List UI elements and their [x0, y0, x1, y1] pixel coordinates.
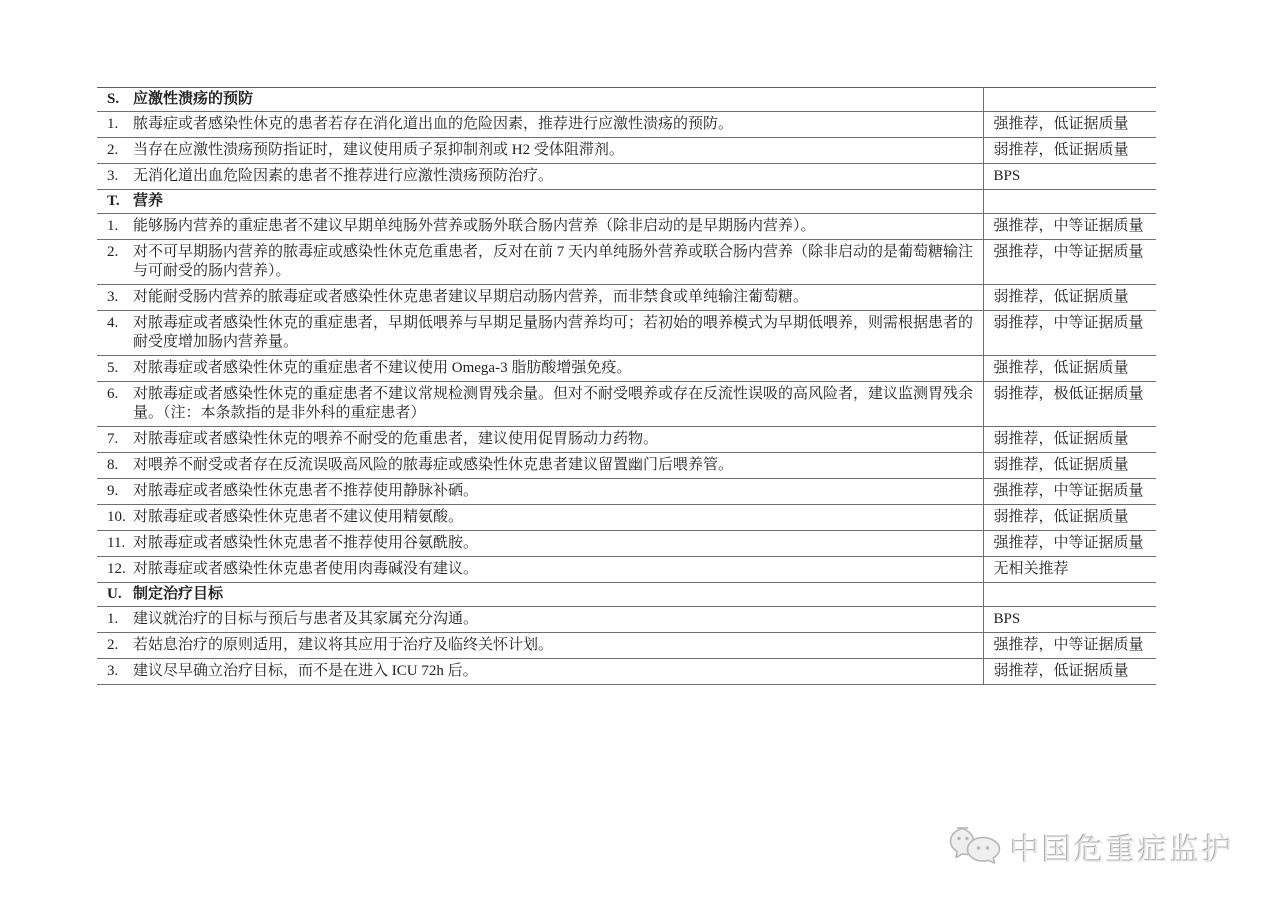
footer-logo-text: 中国危重症监护: [1010, 825, 1234, 869]
grade-cell: 弱推荐，低证据质量: [983, 138, 1156, 164]
table-body: S.应激性溃疡的预防1.脓毒症或者感染性休克的患者若存在消化道出血的危险因素，推…: [97, 88, 1156, 685]
section-header-row: T.营养: [97, 190, 1156, 214]
grade-cell: 强推荐，中等证据质量: [983, 531, 1156, 557]
row-text: 应激性溃疡的预防: [133, 90, 975, 109]
table-row: 6.对脓毒症或者感染性休克的重症患者不建议常规检测胃残余量。但对不耐受喂养或存在…: [97, 382, 1156, 427]
row-number: 8.: [107, 456, 133, 475]
row-content: 2.对不可早期肠内营养的脓毒症或感染性休克危重患者，反对在前 7 天内单纯肠外营…: [107, 243, 975, 281]
row-text: 对脓毒症或者感染性休克患者不推荐使用静脉补硒。: [133, 482, 975, 501]
recommendations-table: S.应激性溃疡的预防1.脓毒症或者感染性休克的患者若存在消化道出血的危险因素，推…: [97, 87, 1156, 685]
row-content: 3.无消化道出血危险因素的患者不推荐进行应激性溃疡预防治疗。: [107, 167, 975, 186]
grade-cell: 弱推荐，低证据质量: [983, 285, 1156, 311]
row-number: 4.: [107, 314, 133, 352]
row-content: 2.当存在应激性溃疡预防指证时，建议使用质子泵抑制剂或 H2 受体阻滞剂。: [107, 141, 975, 160]
row-content: 2.若姑息治疗的原则适用，建议将其应用于治疗及临终关怀计划。: [107, 636, 975, 655]
row-number: 2.: [107, 141, 133, 160]
row-number: 10.: [107, 508, 133, 527]
grade-cell: 强推荐，低证据质量: [983, 112, 1156, 138]
table-row: 1.脓毒症或者感染性休克的患者若存在消化道出血的危险因素，推荐进行应激性溃疡的预…: [97, 112, 1156, 138]
section-header-row: U.制定治疗目标: [97, 583, 1156, 607]
recommendation-text-cell: 1.建议就治疗的目标与预后与患者及其家属充分沟通。: [97, 607, 983, 633]
grade-cell: 弱推荐，低证据质量: [983, 505, 1156, 531]
recommendation-text-cell: 6.对脓毒症或者感染性休克的重症患者不建议常规检测胃残余量。但对不耐受喂养或存在…: [97, 382, 983, 427]
row-number: 1.: [107, 115, 133, 134]
row-content: 12.对脓毒症或者感染性休克患者使用肉毒碱没有建议。: [107, 560, 975, 579]
recommendation-text-cell: 2.当存在应激性溃疡预防指证时，建议使用质子泵抑制剂或 H2 受体阻滞剂。: [97, 138, 983, 164]
grade-cell: [983, 88, 1156, 112]
recommendation-text-cell: 9.对脓毒症或者感染性休克患者不推荐使用静脉补硒。: [97, 479, 983, 505]
footer-logo: 中国危重症监护: [948, 820, 1234, 874]
recommendation-text-cell: 5.对脓毒症或者感染性休克的重症患者不建议使用 Omega-3 脂肪酸增强免疫。: [97, 356, 983, 382]
table-row: 3.建议尽早确立治疗目标，而不是在进入 ICU 72h 后。弱推荐，低证据质量: [97, 659, 1156, 685]
row-content: 1.建议就治疗的目标与预后与患者及其家属充分沟通。: [107, 610, 975, 629]
grade-cell: BPS: [983, 164, 1156, 190]
table-row: 10.对脓毒症或者感染性休克患者不建议使用精氨酸。弱推荐，低证据质量: [97, 505, 1156, 531]
table-row: 11.对脓毒症或者感染性休克患者不推荐使用谷氨酰胺。强推荐，中等证据质量: [97, 531, 1156, 557]
grade-cell: 强推荐，中等证据质量: [983, 633, 1156, 659]
table-row: 1.建议就治疗的目标与预后与患者及其家属充分沟通。BPS: [97, 607, 1156, 633]
row-content: 3.对能耐受肠内营养的脓毒症或者感染性休克患者建议早期启动肠内营养，而非禁食或单…: [107, 288, 975, 307]
table-row: 12.对脓毒症或者感染性休克患者使用肉毒碱没有建议。无相关推荐: [97, 557, 1156, 583]
row-number: 2.: [107, 636, 133, 655]
recommendation-text-cell: 7.对脓毒症或者感染性休克的喂养不耐受的危重患者，建议使用促胃肠动力药物。: [97, 427, 983, 453]
table-row: 1.能够肠内营养的重症患者不建议早期单纯肠外营养或肠外联合肠内营养（除非启动的是…: [97, 214, 1156, 240]
grade-cell: 弱推荐，中等证据质量: [983, 311, 1156, 356]
recommendation-text-cell: S.应激性溃疡的预防: [97, 88, 983, 112]
row-content: 10.对脓毒症或者感染性休克患者不建议使用精氨酸。: [107, 508, 975, 527]
row-number: 5.: [107, 359, 133, 378]
row-number: 6.: [107, 385, 133, 423]
row-content: 7.对脓毒症或者感染性休克的喂养不耐受的危重患者，建议使用促胃肠动力药物。: [107, 430, 975, 449]
row-text: 若姑息治疗的原则适用，建议将其应用于治疗及临终关怀计划。: [133, 636, 975, 655]
table-row: 4.对脓毒症或者感染性休克的重症患者，早期低喂养与早期足量肠内营养均可；若初始的…: [97, 311, 1156, 356]
row-number: 7.: [107, 430, 133, 449]
recommendation-text-cell: 2.若姑息治疗的原则适用，建议将其应用于治疗及临终关怀计划。: [97, 633, 983, 659]
table-row: 7.对脓毒症或者感染性休克的喂养不耐受的危重患者，建议使用促胃肠动力药物。弱推荐…: [97, 427, 1156, 453]
grade-cell: 弱推荐，低证据质量: [983, 453, 1156, 479]
row-number: 3.: [107, 662, 133, 681]
row-content: 8.对喂养不耐受或者存在反流误吸高风险的脓毒症或感染性休克患者建议留置幽门后喂养…: [107, 456, 975, 475]
recommendation-text-cell: 3.建议尽早确立治疗目标，而不是在进入 ICU 72h 后。: [97, 659, 983, 685]
row-number: 3.: [107, 167, 133, 186]
grade-cell: 强推荐，中等证据质量: [983, 214, 1156, 240]
grade-cell: 弱推荐，低证据质量: [983, 427, 1156, 453]
recommendation-text-cell: 3.无消化道出血危险因素的患者不推荐进行应激性溃疡预防治疗。: [97, 164, 983, 190]
row-text: 建议尽早确立治疗目标，而不是在进入 ICU 72h 后。: [133, 662, 975, 681]
row-content: S.应激性溃疡的预防: [107, 90, 975, 109]
recommendation-text-cell: 8.对喂养不耐受或者存在反流误吸高风险的脓毒症或感染性休克患者建议留置幽门后喂养…: [97, 453, 983, 479]
recommendation-text-cell: T.营养: [97, 190, 983, 214]
recommendation-text-cell: 10.对脓毒症或者感染性休克患者不建议使用精氨酸。: [97, 505, 983, 531]
row-text: 能够肠内营养的重症患者不建议早期单纯肠外营养或肠外联合肠内营养（除非启动的是早期…: [133, 217, 975, 236]
row-content: 11.对脓毒症或者感染性休克患者不推荐使用谷氨酰胺。: [107, 534, 975, 553]
row-content: 1.脓毒症或者感染性休克的患者若存在消化道出血的危险因素，推荐进行应激性溃疡的预…: [107, 115, 975, 134]
chat-bubbles-icon: [948, 824, 1002, 870]
row-content: 6.对脓毒症或者感染性休克的重症患者不建议常规检测胃残余量。但对不耐受喂养或存在…: [107, 385, 975, 423]
row-text: 对喂养不耐受或者存在反流误吸高风险的脓毒症或感染性休克患者建议留置幽门后喂养管。: [133, 456, 975, 475]
grade-cell: [983, 583, 1156, 607]
row-text: 对不可早期肠内营养的脓毒症或感染性休克危重患者，反对在前 7 天内单纯肠外营养或…: [133, 243, 975, 281]
grade-cell: 强推荐，中等证据质量: [983, 240, 1156, 285]
row-text: 建议就治疗的目标与预后与患者及其家属充分沟通。: [133, 610, 975, 629]
table-row: 2.若姑息治疗的原则适用，建议将其应用于治疗及临终关怀计划。强推荐，中等证据质量: [97, 633, 1156, 659]
row-number: 1.: [107, 610, 133, 629]
row-content: T.营养: [107, 192, 975, 211]
recommendation-text-cell: U.制定治疗目标: [97, 583, 983, 607]
grade-cell: 强推荐，低证据质量: [983, 356, 1156, 382]
recommendation-text-cell: 11.对脓毒症或者感染性休克患者不推荐使用谷氨酰胺。: [97, 531, 983, 557]
grade-cell: [983, 190, 1156, 214]
row-text: 脓毒症或者感染性休克的患者若存在消化道出血的危险因素，推荐进行应激性溃疡的预防。: [133, 115, 975, 134]
row-content: 1.能够肠内营养的重症患者不建议早期单纯肠外营养或肠外联合肠内营养（除非启动的是…: [107, 217, 975, 236]
row-number: 3.: [107, 288, 133, 307]
row-text: 制定治疗目标: [133, 585, 975, 604]
table-row: 3.对能耐受肠内营养的脓毒症或者感染性休克患者建议早期启动肠内营养，而非禁食或单…: [97, 285, 1156, 311]
grade-cell: 强推荐，中等证据质量: [983, 479, 1156, 505]
row-text: 无消化道出血危险因素的患者不推荐进行应激性溃疡预防治疗。: [133, 167, 975, 186]
row-content: 5.对脓毒症或者感染性休克的重症患者不建议使用 Omega-3 脂肪酸增强免疫。: [107, 359, 975, 378]
recommendation-text-cell: 4.对脓毒症或者感染性休克的重症患者，早期低喂养与早期足量肠内营养均可；若初始的…: [97, 311, 983, 356]
row-text: 当存在应激性溃疡预防指证时，建议使用质子泵抑制剂或 H2 受体阻滞剂。: [133, 141, 975, 160]
recommendation-text-cell: 1.脓毒症或者感染性休克的患者若存在消化道出血的危险因素，推荐进行应激性溃疡的预…: [97, 112, 983, 138]
table-row: 8.对喂养不耐受或者存在反流误吸高风险的脓毒症或感染性休克患者建议留置幽门后喂养…: [97, 453, 1156, 479]
row-number: T.: [107, 192, 133, 211]
section-header-row: S.应激性溃疡的预防: [97, 88, 1156, 112]
row-text: 对脓毒症或者感染性休克患者使用肉毒碱没有建议。: [133, 560, 975, 579]
row-number: U.: [107, 585, 133, 604]
table-row: 3.无消化道出血危险因素的患者不推荐进行应激性溃疡预防治疗。BPS: [97, 164, 1156, 190]
grade-cell: 弱推荐，极低证据质量: [983, 382, 1156, 427]
row-number: 2.: [107, 243, 133, 281]
row-content: U.制定治疗目标: [107, 585, 975, 604]
row-text: 对脓毒症或者感染性休克患者不推荐使用谷氨酰胺。: [133, 534, 975, 553]
recommendation-text-cell: 2.对不可早期肠内营养的脓毒症或感染性休克危重患者，反对在前 7 天内单纯肠外营…: [97, 240, 983, 285]
row-text: 营养: [133, 192, 975, 211]
row-number: 11.: [107, 534, 133, 553]
row-text: 对脓毒症或者感染性休克的重症患者不建议使用 Omega-3 脂肪酸增强免疫。: [133, 359, 975, 378]
table-row: 5.对脓毒症或者感染性休克的重症患者不建议使用 Omega-3 脂肪酸增强免疫。…: [97, 356, 1156, 382]
table-row: 9.对脓毒症或者感染性休克患者不推荐使用静脉补硒。强推荐，中等证据质量: [97, 479, 1156, 505]
row-number: S.: [107, 90, 133, 109]
row-number: 9.: [107, 482, 133, 501]
row-number: 12.: [107, 560, 133, 579]
row-text: 对脓毒症或者感染性休克的喂养不耐受的危重患者，建议使用促胃肠动力药物。: [133, 430, 975, 449]
row-text: 对能耐受肠内营养的脓毒症或者感染性休克患者建议早期启动肠内营养，而非禁食或单纯输…: [133, 288, 975, 307]
row-content: 3.建议尽早确立治疗目标，而不是在进入 ICU 72h 后。: [107, 662, 975, 681]
table-row: 2.对不可早期肠内营养的脓毒症或感染性休克危重患者，反对在前 7 天内单纯肠外营…: [97, 240, 1156, 285]
row-text: 对脓毒症或者感染性休克的重症患者，早期低喂养与早期足量肠内营养均可；若初始的喂养…: [133, 314, 975, 352]
recommendation-text-cell: 3.对能耐受肠内营养的脓毒症或者感染性休克患者建议早期启动肠内营养，而非禁食或单…: [97, 285, 983, 311]
grade-cell: BPS: [983, 607, 1156, 633]
row-number: 1.: [107, 217, 133, 236]
row-content: 9.对脓毒症或者感染性休克患者不推荐使用静脉补硒。: [107, 482, 975, 501]
grade-cell: 弱推荐，低证据质量: [983, 659, 1156, 685]
row-text: 对脓毒症或者感染性休克患者不建议使用精氨酸。: [133, 508, 975, 527]
grade-cell: 无相关推荐: [983, 557, 1156, 583]
recommendation-text-cell: 1.能够肠内营养的重症患者不建议早期单纯肠外营养或肠外联合肠内营养（除非启动的是…: [97, 214, 983, 240]
row-content: 4.对脓毒症或者感染性休克的重症患者，早期低喂养与早期足量肠内营养均可；若初始的…: [107, 314, 975, 352]
recommendation-text-cell: 12.对脓毒症或者感染性休克患者使用肉毒碱没有建议。: [97, 557, 983, 583]
row-text: 对脓毒症或者感染性休克的重症患者不建议常规检测胃残余量。但对不耐受喂养或存在反流…: [133, 385, 975, 423]
table-row: 2.当存在应激性溃疡预防指证时，建议使用质子泵抑制剂或 H2 受体阻滞剂。弱推荐…: [97, 138, 1156, 164]
